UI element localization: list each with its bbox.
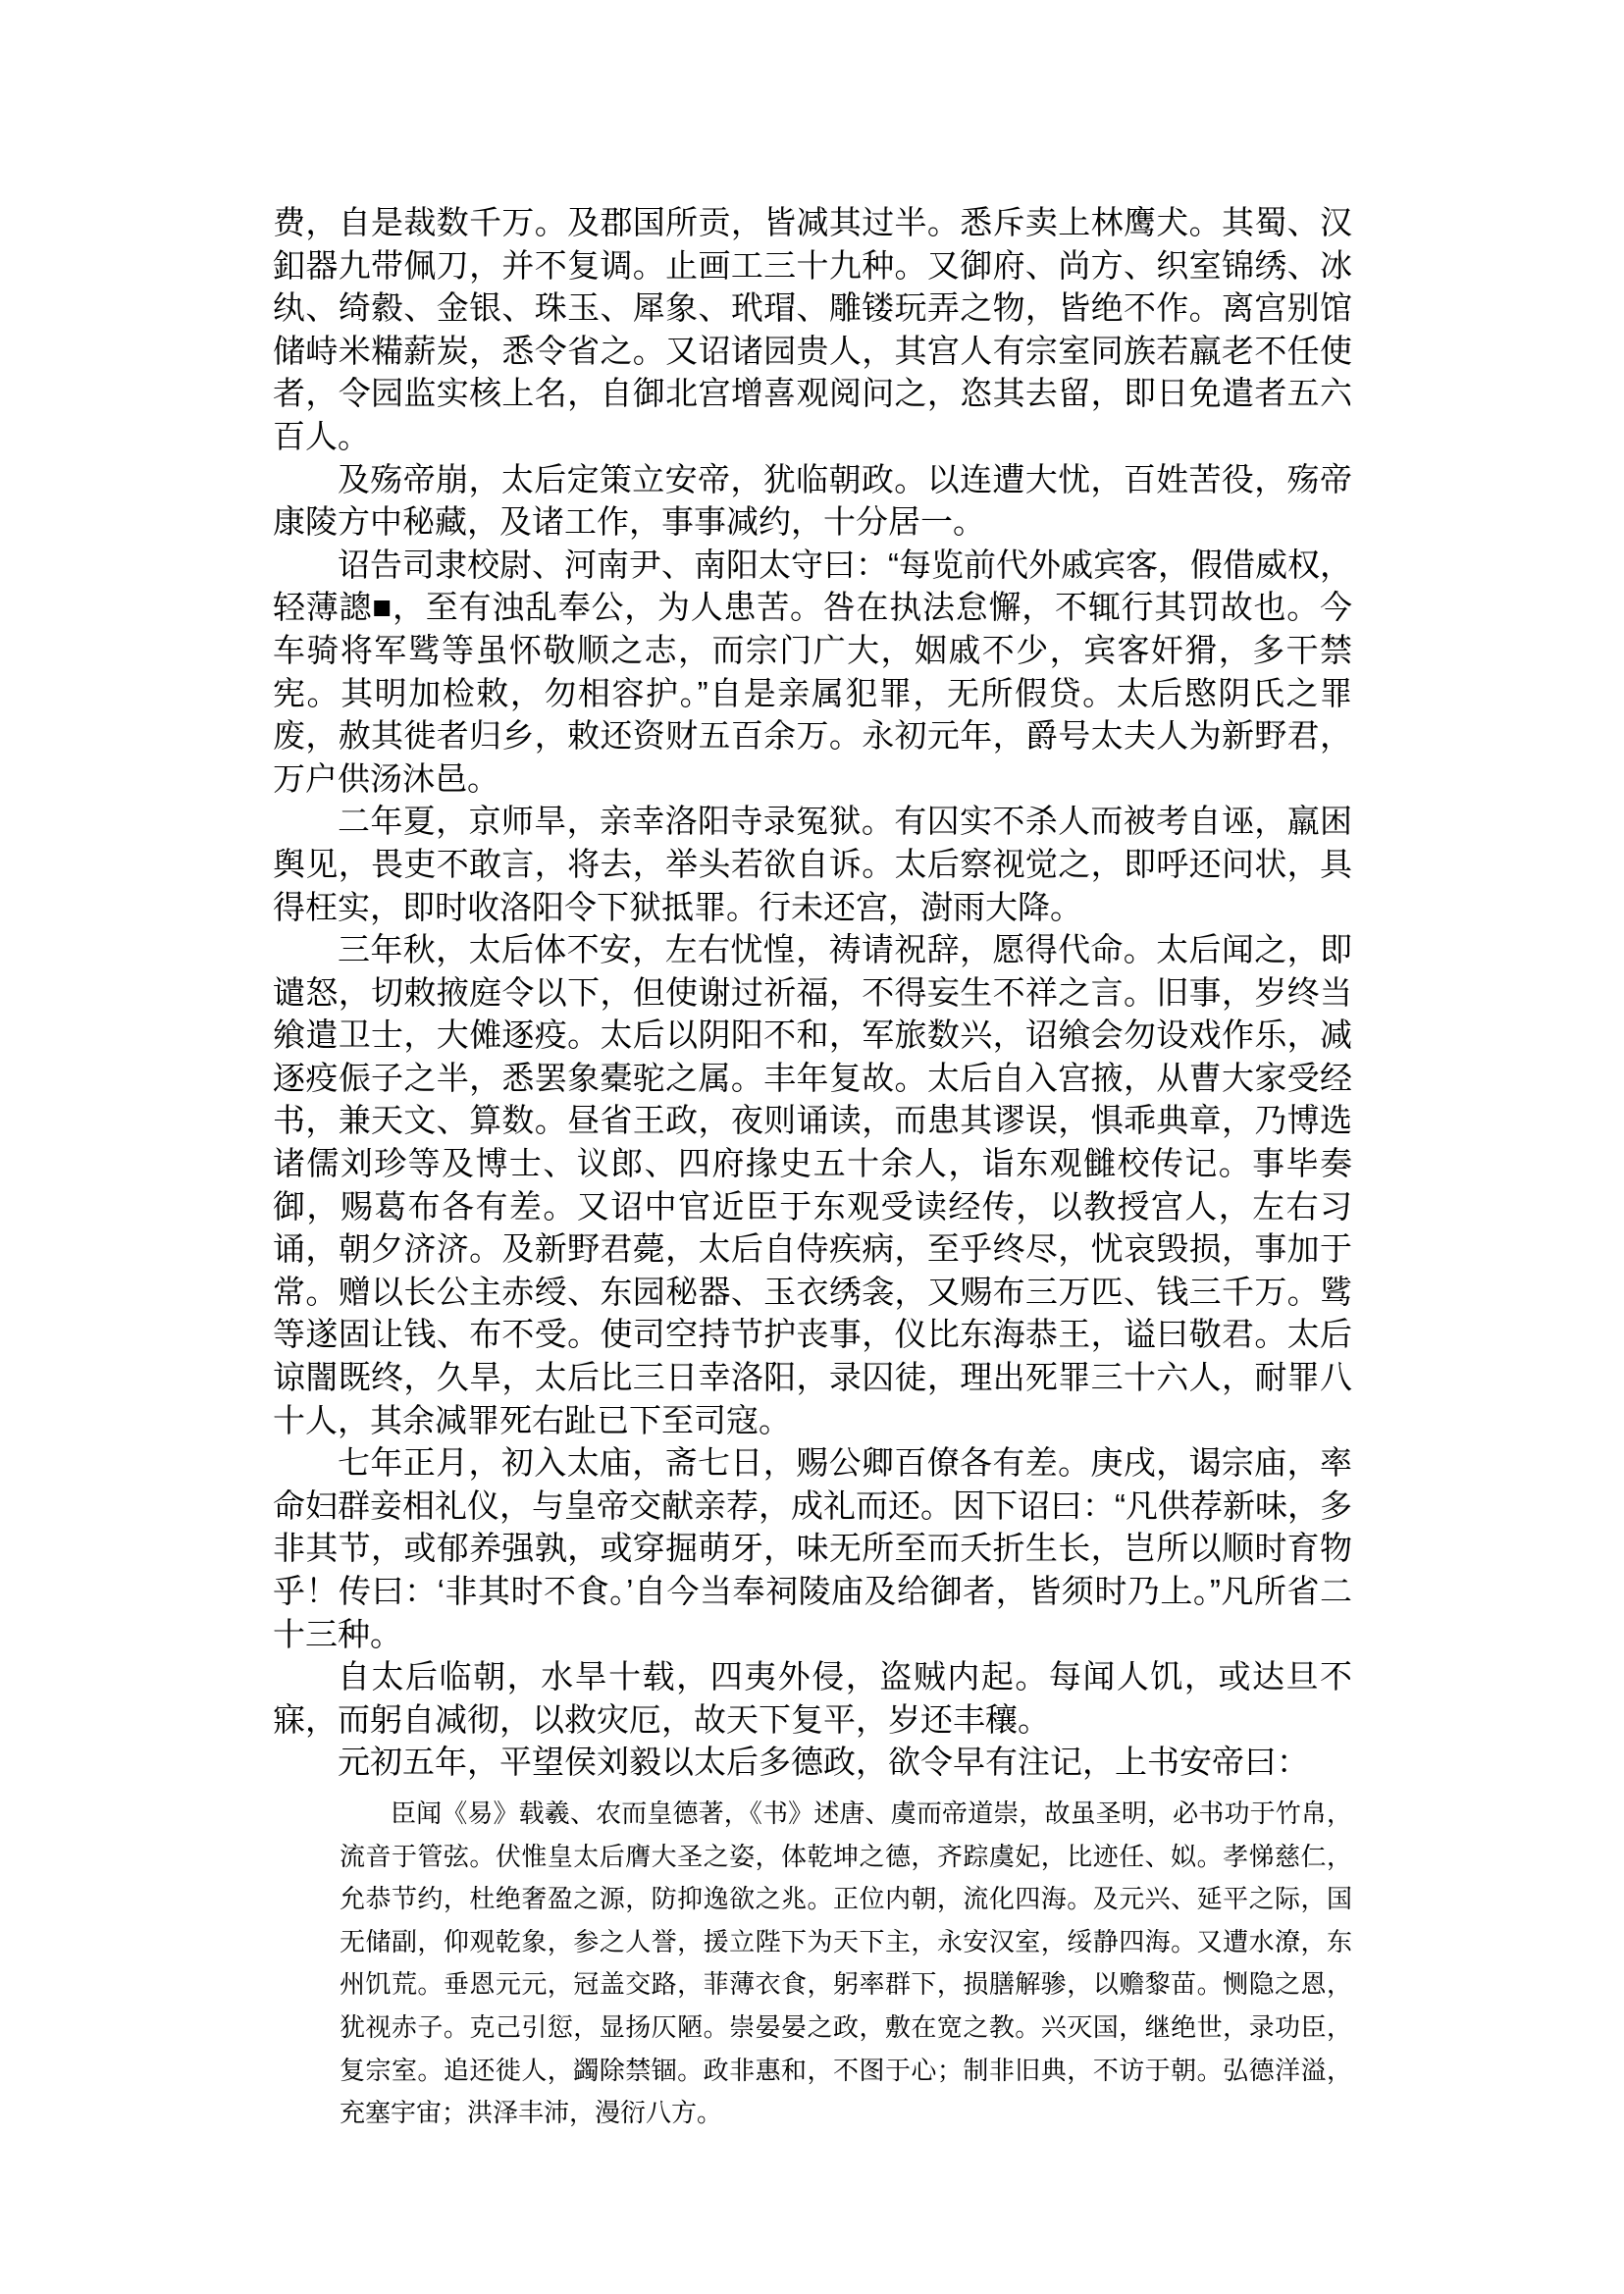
body-paragraph: 自太后临朝，水旱十载，四夷外侵，盗贼内起。每闻人饥，或达旦不寐，而躬自减彻，以救… [273,1655,1352,1741]
body-paragraph: 三年秋，太后体不安，左右忧惶，祷请祝辞，愿得代命。太后闻之，即谴怒，切敕掖庭令以… [273,928,1352,1441]
body-paragraph: 二年夏，京师旱，亲幸洛阳寺录冤狱。有囚实不杀人而被考自诬，羸困舆见，畏吏不敢言，… [273,800,1352,928]
body-paragraph: 费，自是裁数千万。及郡国所贡，皆减其过半。悉斥卖上林鹰犬。其蜀、汉釦器九带佩刀，… [273,201,1352,458]
body-paragraph: 及殇帝崩，太后定策立安帝，犹临朝政。以连遭大忧，百姓苦役，殇帝康陵方中秘藏，及诸… [273,458,1352,544]
body-paragraph: 七年正月，初入太庙，斋七日，赐公卿百僚各有差。庚戌，谒宗庙，率命妇群妾相礼仪，与… [273,1441,1352,1655]
block-quote: 臣闻《易》载羲、农而皇德著，《书》述唐、虞而帝道崇，故虽圣明，必书功于竹帛，流音… [340,1793,1352,2135]
body-paragraph: 诏告司隶校尉、河南尹、南阳太守曰：“每览前代外戚宾客，假借威权，轻薄謥■，至有浊… [273,544,1352,801]
document-page: 费，自是裁数千万。及郡国所贡，皆减其过半。悉斥卖上林鹰犬。其蜀、汉釦器九带佩刀，… [0,0,1624,2294]
body-paragraph: 元初五年，平望侯刘毅以太后多德政，欲令早有注记，上书安帝曰： [273,1741,1352,1784]
document-text-block: 费，自是裁数千万。及郡国所贡，皆减其过半。悉斥卖上林鹰犬。其蜀、汉釦器九带佩刀，… [273,201,1352,2135]
